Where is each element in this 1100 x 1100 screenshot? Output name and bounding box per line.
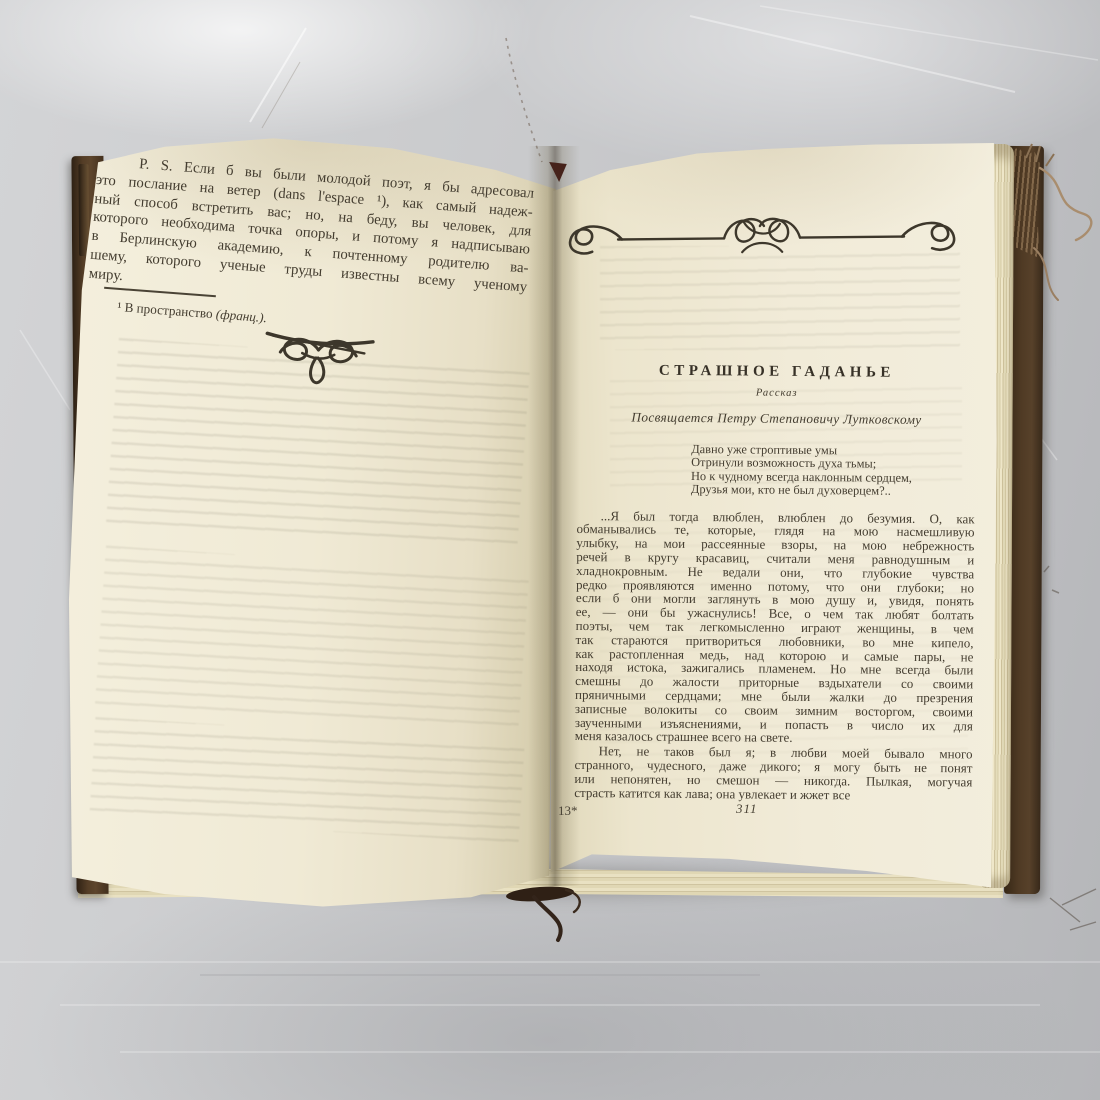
text-line: Друзья мои, кто не был духоверцем?.. bbox=[691, 483, 975, 499]
photo-background: { "scene": { "background_color": "#c8c9c… bbox=[0, 0, 1100, 1100]
right-page-column: СТРАШНОЕ ГАДАНЬЕ Рассказ Посвящается Пет… bbox=[574, 362, 976, 803]
body-paragraph-2: Нет, не таков был я; в любви моей бывало… bbox=[574, 744, 972, 803]
show-through-text bbox=[600, 246, 960, 350]
signature-mark: 13* bbox=[558, 803, 578, 819]
knot-flourish-icon bbox=[256, 323, 379, 395]
story-title: СТРАШНОЕ ГАДАНЬЕ bbox=[578, 362, 976, 382]
page-number: 311 bbox=[736, 801, 758, 817]
dedication: Посвящается Петру Степановичу Лутковском… bbox=[577, 409, 975, 428]
epigraph: Давно уже строптивые умыОтринули возможн… bbox=[577, 442, 975, 499]
scroll-rule-icon bbox=[566, 206, 959, 262]
show-through-text bbox=[95, 545, 529, 734]
story-subtitle: Рассказ bbox=[578, 386, 976, 400]
body-paragraph-1: ...Я был тогда влюблен, влюблен до безум… bbox=[575, 509, 975, 747]
